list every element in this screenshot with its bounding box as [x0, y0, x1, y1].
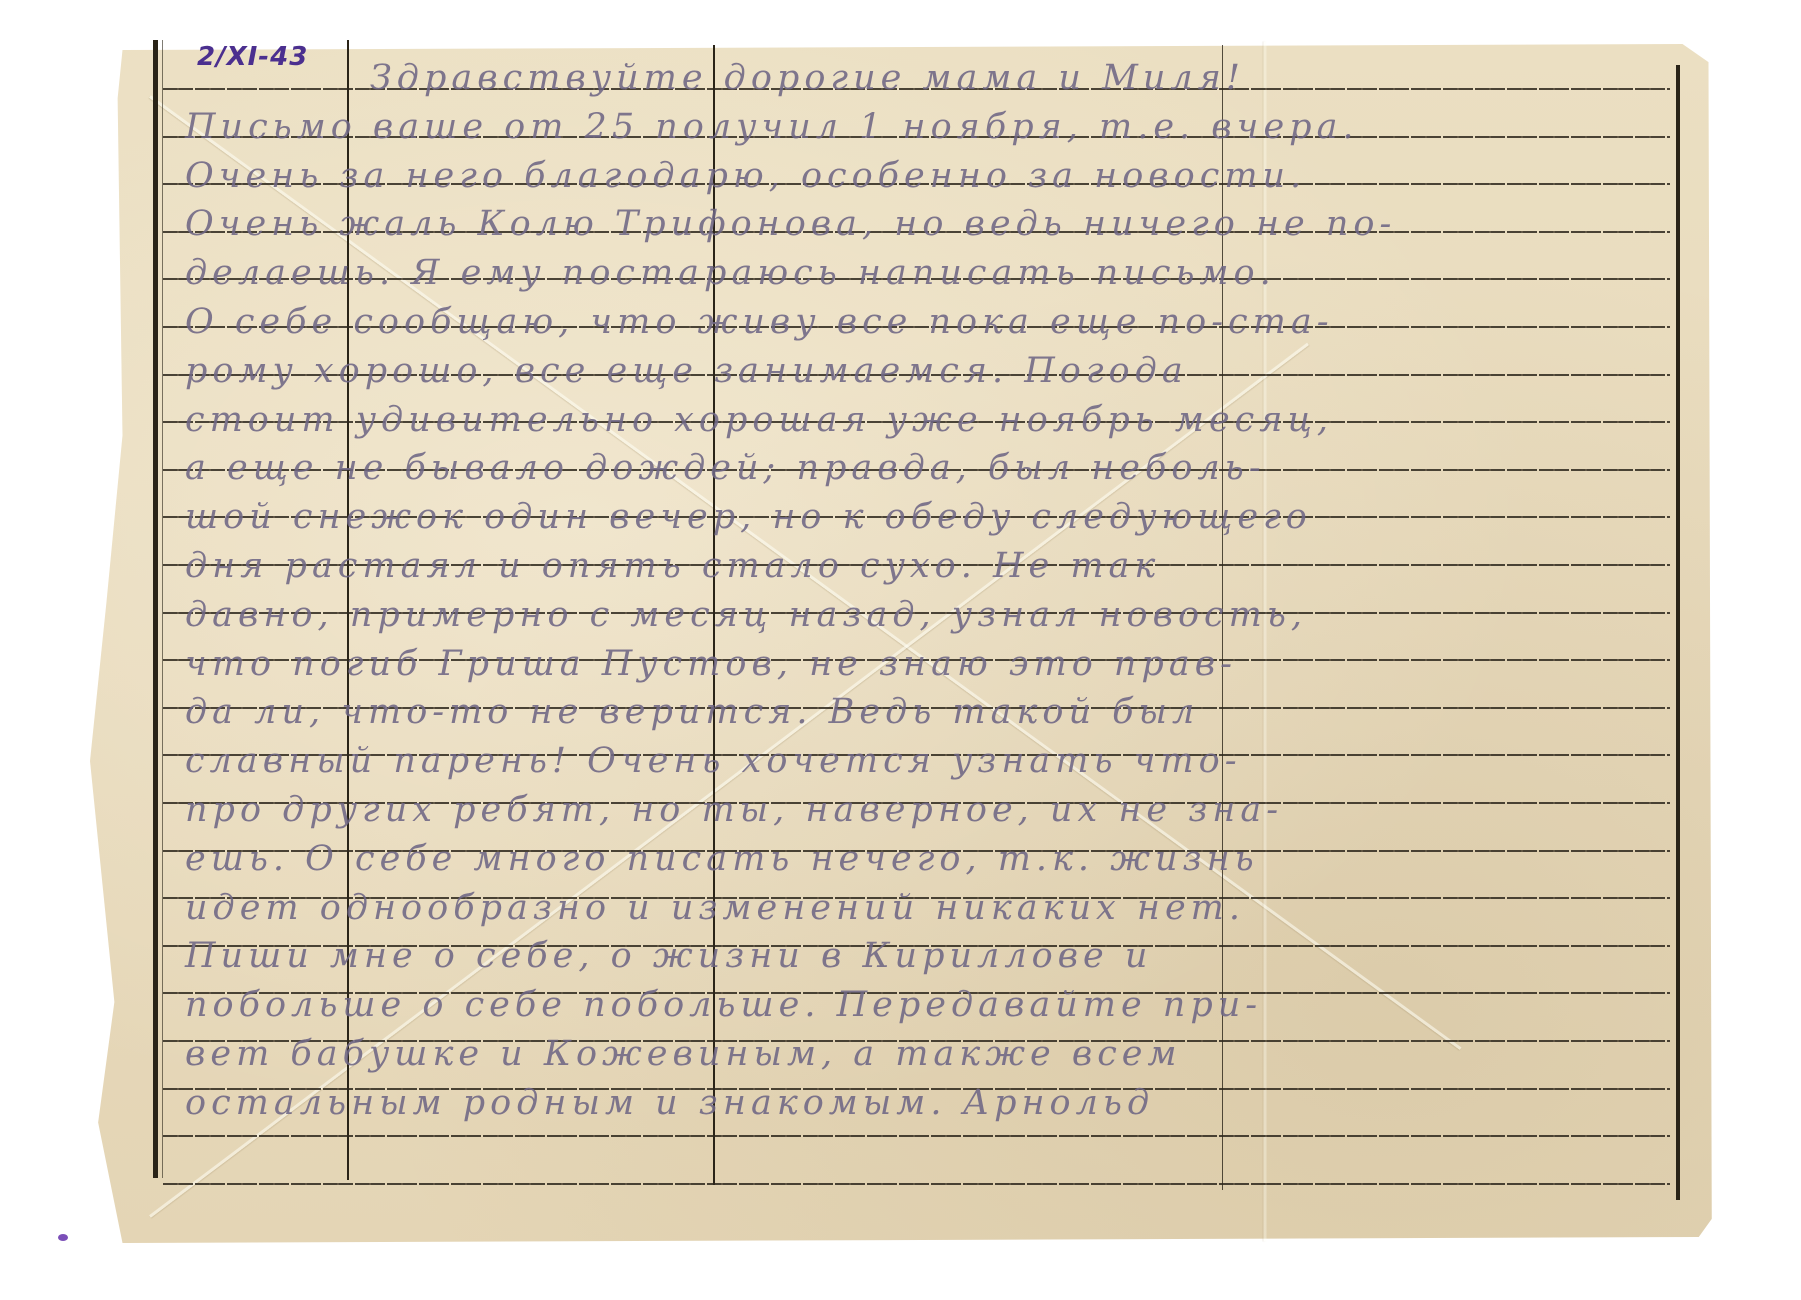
letter-line: что погиб Гриша Пустов, не знаю это прав…: [185, 640, 1745, 689]
letter-line: остальным родным и знакомым. Арнольд: [185, 1079, 1745, 1128]
letter-line: давно, примерно с месяц назад, узнал нов…: [185, 591, 1745, 640]
letter-line: вет бабушке и Кожевиным, а также всем: [185, 1030, 1745, 1079]
letter-line: Пиши мне о себе, о жизни в Кириллове и: [185, 932, 1745, 981]
letter-line: славный парень! Очень хочется узнать что…: [185, 737, 1745, 786]
margin-rule-left-thin: [162, 40, 163, 1178]
letter-line: идет однообразно и изменений никаких нет…: [185, 884, 1745, 933]
letter-line: дня растаял и опять стало сухо. Не так: [185, 542, 1745, 591]
letter-line: шой снежок один вечер, но к обеду следую…: [185, 493, 1745, 542]
letter-line: Письмо ваше от 25 получил 1 ноября, т.е.…: [185, 103, 1745, 152]
margin-rule-left: [153, 40, 158, 1178]
letter-line: О себе сообщаю, что живу все пока еще по…: [185, 298, 1745, 347]
ruled-line: [163, 1183, 1670, 1185]
letter-line: ешь. О себе много писать нечего, т.к. жи…: [185, 835, 1745, 884]
letter-line: рому хорошо, все еще занимаемся. Погода: [185, 347, 1745, 396]
ruled-line: [163, 1135, 1670, 1137]
letter-line: Очень за него благодарю, особенно за нов…: [185, 152, 1745, 201]
letter-line: про других ребят, но ты, наверное, их не…: [185, 786, 1745, 835]
letter-line: Очень жаль Колю Трифонова, но ведь ничег…: [185, 200, 1745, 249]
letter-line: Здравствуйте дорогие мама и Миля!: [185, 54, 1745, 103]
letter-line: стоит удивительно хорошая уже ноябрь мес…: [185, 396, 1745, 445]
ink-mark: [58, 1234, 68, 1241]
letter-line: да ли, что-то не верится. Ведь такой был: [185, 688, 1745, 737]
letter-line: побольше о себе побольше. Передавайте пр…: [185, 981, 1745, 1030]
letter-body: Здравствуйте дорогие мама и Миля!Письмо …: [185, 54, 1745, 1128]
letter-line: делаешь. Я ему постараюсь написать письм…: [185, 249, 1745, 298]
letter-line: а еще не бывало дождей; правда, был небо…: [185, 444, 1745, 493]
